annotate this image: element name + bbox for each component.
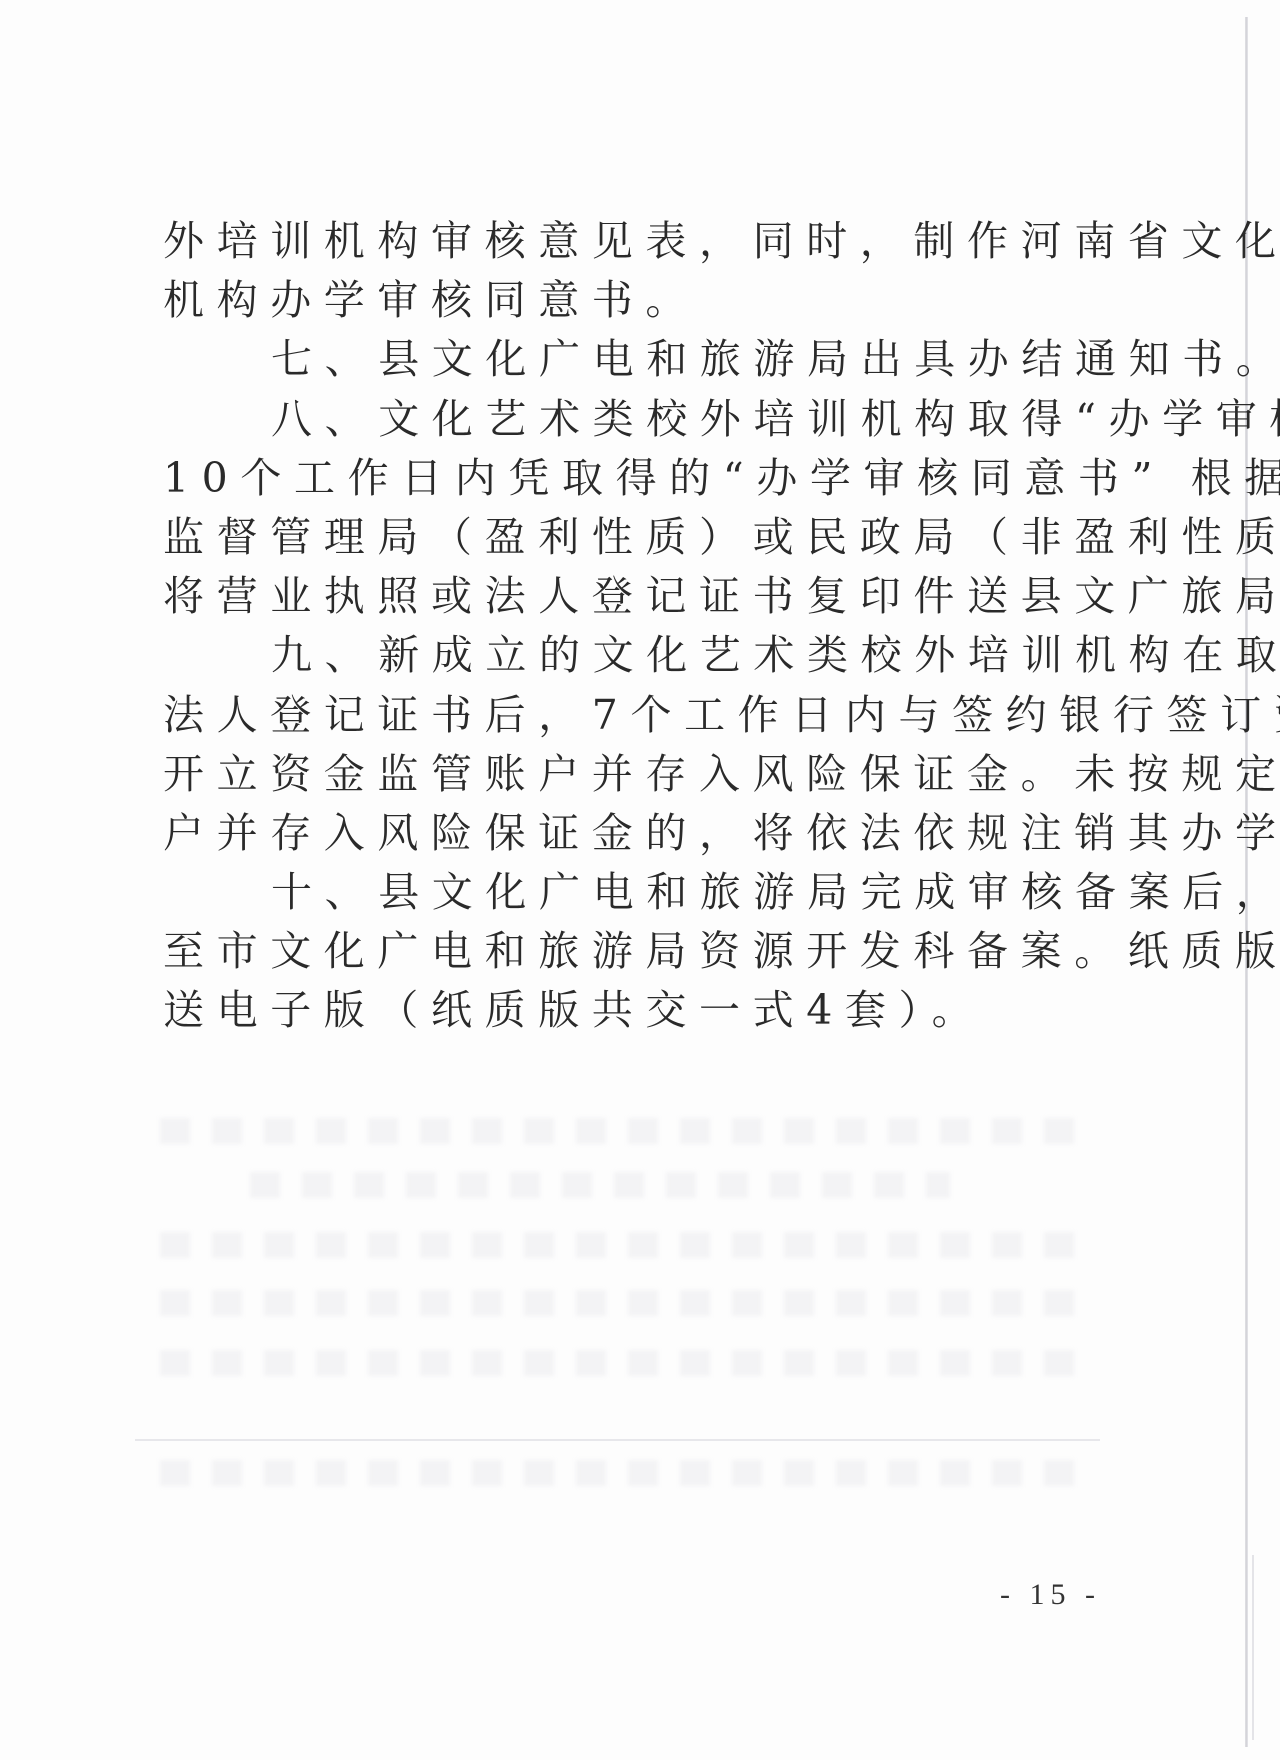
paragraph-ten: 十、县文化广电和旅游局完成审核备案后，将所有材料报送: [163, 863, 1088, 922]
document-body: 外培训机构审核意见表，同时，制作河南省文化艺术类校外培训 机构办学审核同意书。 …: [163, 212, 1088, 1041]
text-line: 机构办学审核同意书。: [163, 271, 1088, 330]
bleed-through-row: [160, 1232, 1080, 1258]
bleed-through-rule: [135, 1439, 1100, 1441]
bleed-through-row: [160, 1350, 1080, 1376]
text-line: 开立资金监管账户并存入风险保证金。未按规定开立资金监管账: [163, 745, 1088, 804]
scanned-page: 外培训机构审核意见表，同时，制作河南省文化艺术类校外培训 机构办学审核同意书。 …: [0, 0, 1280, 1760]
text-line: 至市文化广电和旅游局资源开发科备案。纸质版一式两套同时报: [163, 922, 1088, 981]
bleed-through-row: [160, 1460, 1080, 1486]
text-line: 10个工作日内凭取得的“办学审核同意书” 根据办学性质到市场: [163, 449, 1088, 508]
text-line: 户并存入风险保证金的，将依法依规注销其办学审核同意书。: [163, 804, 1088, 863]
page-edge-line-secondary: [1252, 1555, 1254, 1740]
bleed-through-row: [160, 1118, 1080, 1144]
paragraph-eight: 八、文化艺术类校外培训机构取得“办学审核同意书”后，: [163, 390, 1088, 449]
paragraph-nine: 九、新成立的文化艺术类校外培训机构在取得营业执照或: [163, 626, 1088, 685]
text-line: 监督管理局（盈利性质）或民政局（非盈利性质）办理登记，并: [163, 508, 1088, 567]
page-number: - 15 -: [1000, 1578, 1101, 1612]
text-line: 外培训机构审核意见表，同时，制作河南省文化艺术类校外培训: [163, 212, 1088, 271]
paragraph-seven: 七、县文化广电和旅游局出具办结通知书。: [163, 330, 1088, 389]
text-line: 法人登记证书后，7个工作日内与签约银行签订资金监管协议，: [163, 686, 1088, 745]
bleed-through-row: [160, 1290, 1080, 1316]
text-line: 送电子版（纸质版共交一式4套）。: [163, 981, 1088, 1040]
text-line: 将营业执照或法人登记证书复印件送县文广旅局备案。: [163, 567, 1088, 626]
bleed-through-row: [250, 1172, 950, 1198]
